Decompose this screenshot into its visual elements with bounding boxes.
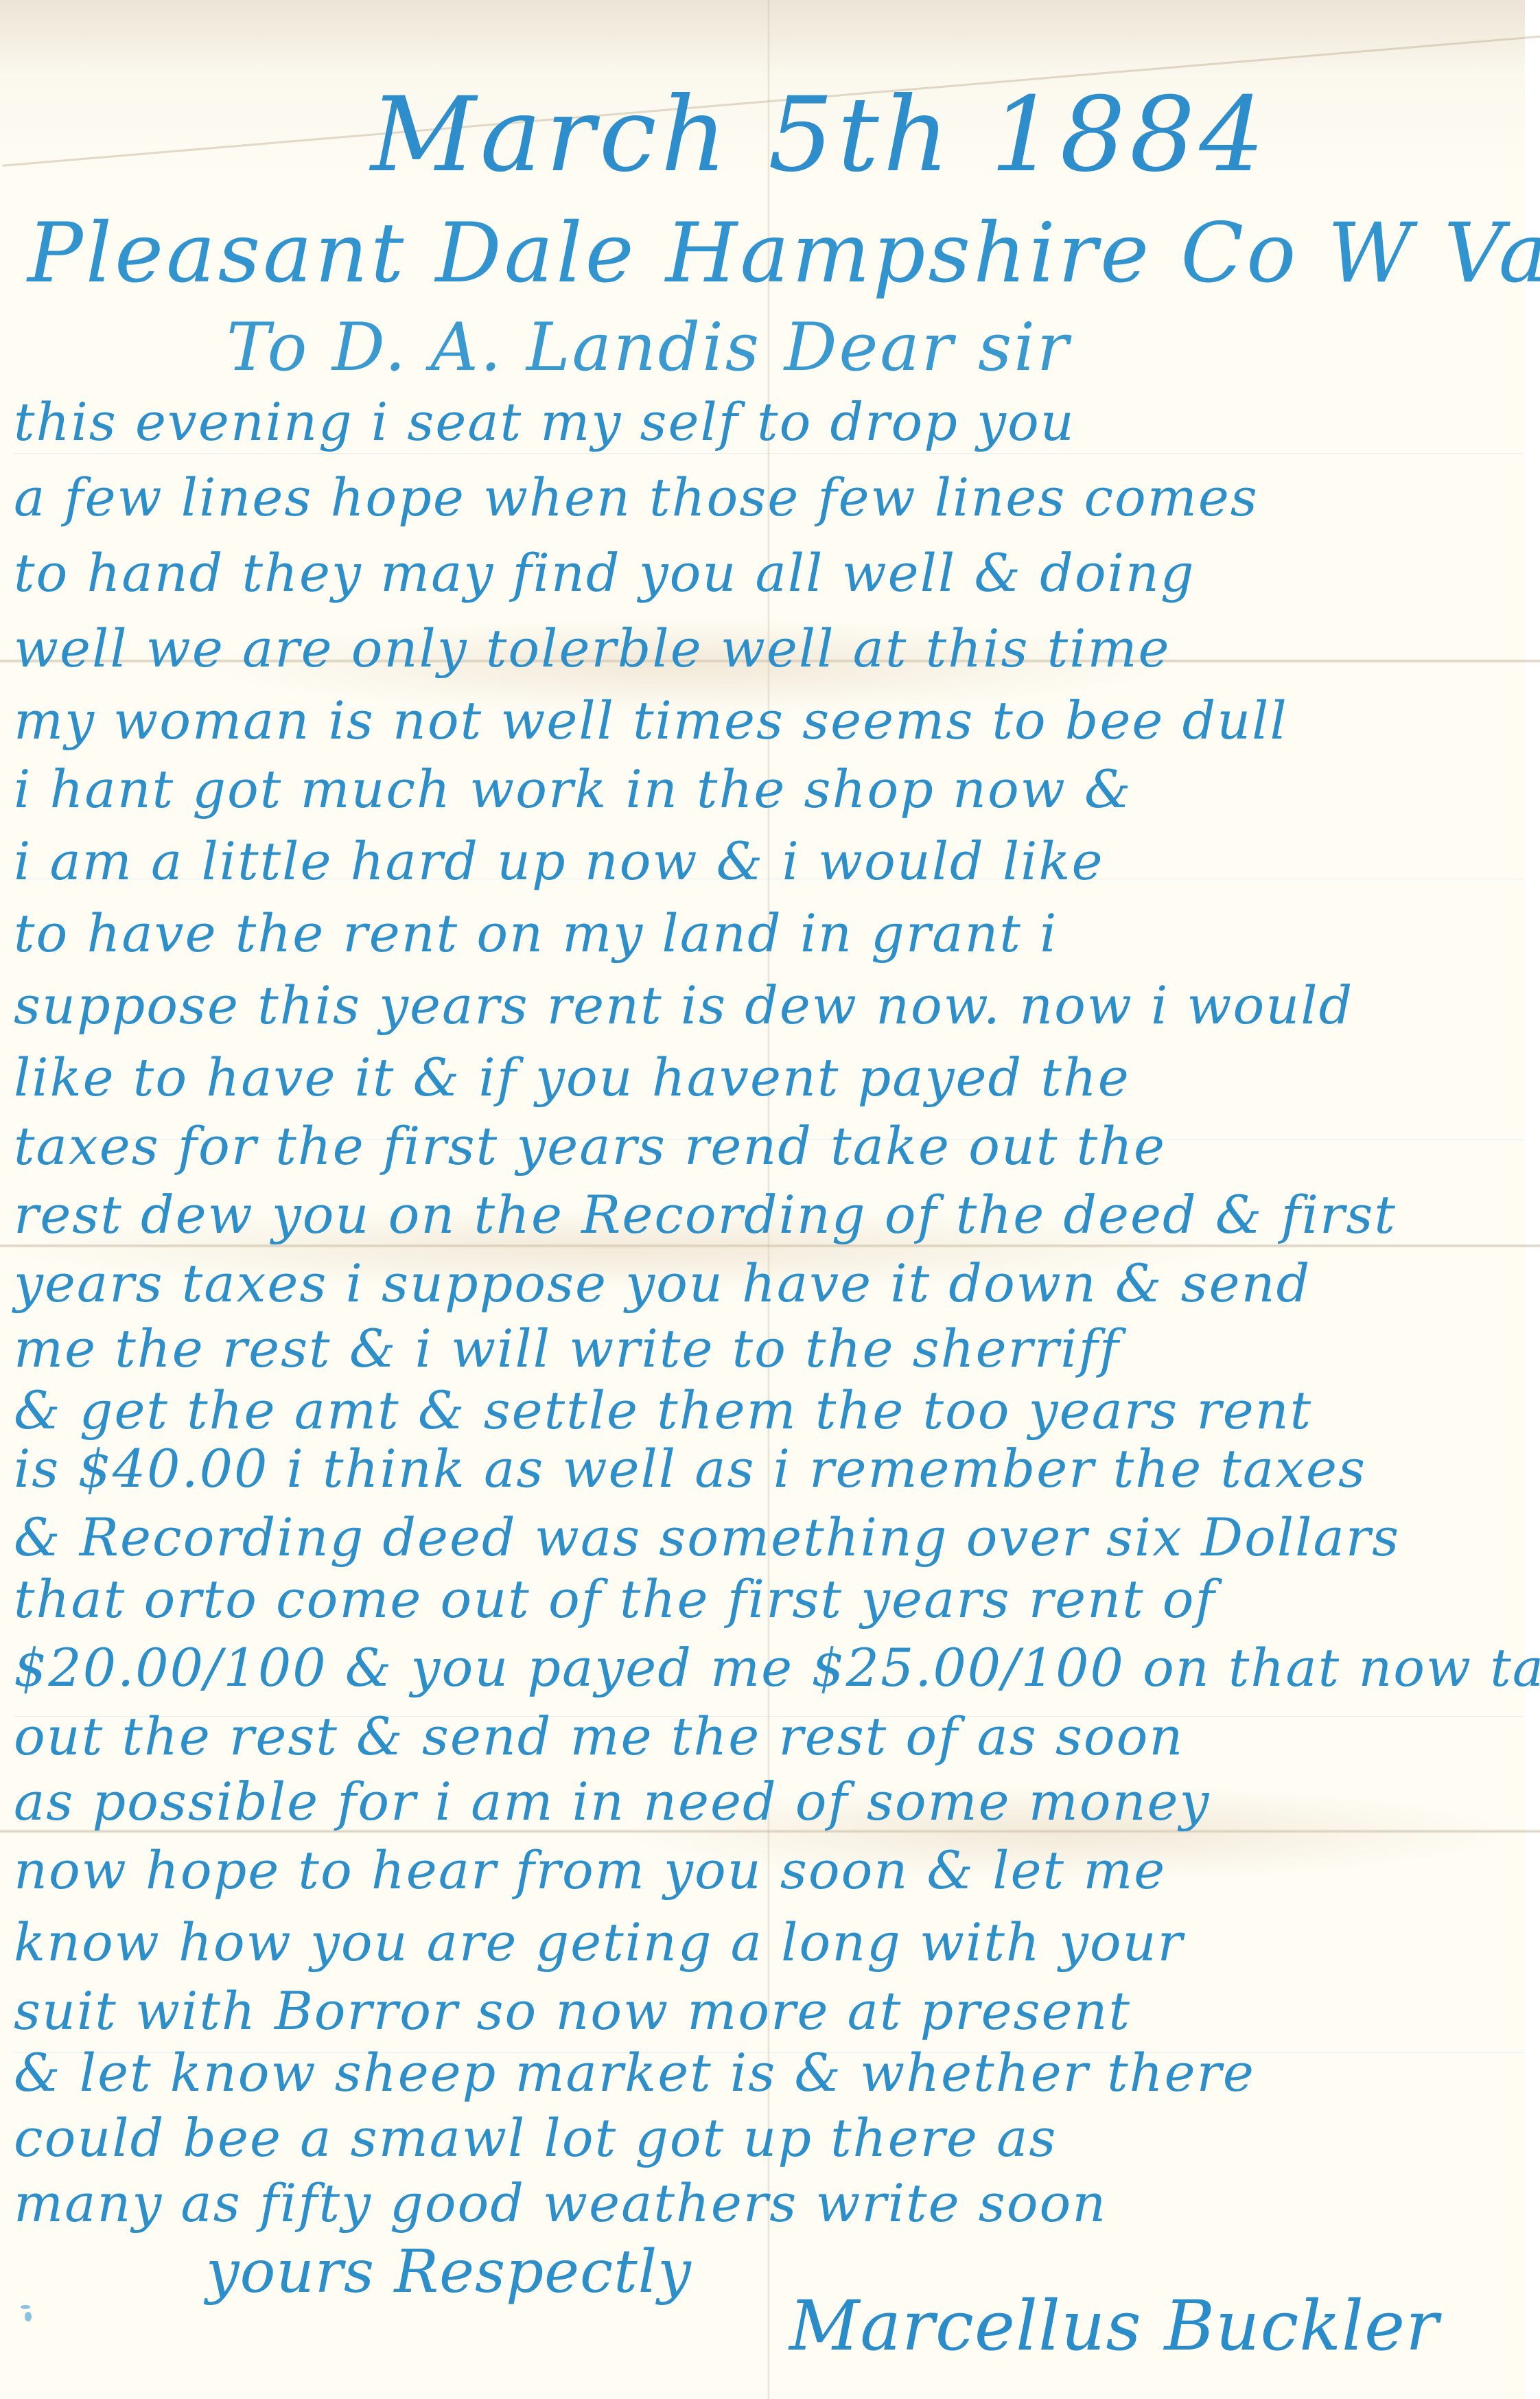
body-line: rest dew you on the Recording of the dee… — [14, 1184, 1397, 1245]
body-line: & get the amt & settle them the too year… — [14, 1380, 1312, 1441]
letter-salutation: To D. A. Landis Dear sir — [226, 309, 1071, 386]
body-line: suit with Borror so now more at present — [14, 1980, 1131, 2041]
body-line: like to have it & if you havent payed th… — [14, 1047, 1130, 1108]
ink-mark — [25, 2312, 32, 2321]
letter-place: Pleasant Dale Hampshire Co W Va — [27, 206, 1540, 301]
body-line: know how you are geting a long with your — [14, 1912, 1184, 1973]
letter-closing: yours Respectly — [206, 2238, 692, 2306]
body-line: as possible for i am in need of some mon… — [14, 1771, 1210, 1832]
body-line: well we are only tolerble well at this t… — [14, 618, 1171, 679]
letter-signature: Marcellus Buckler — [789, 2286, 1439, 2366]
body-line: years taxes i suppose you have it down &… — [14, 1253, 1311, 1314]
letter-date: March 5th 1884 — [371, 76, 1269, 195]
body-line: & Recording deed was something over six … — [14, 1507, 1400, 1568]
body-line: out the rest & send me the rest of as so… — [14, 1706, 1184, 1767]
body-line: to hand they may find you all well & doi… — [14, 542, 1195, 603]
body-line: is $40.00 i think as well as i remember … — [14, 1438, 1366, 1499]
body-line: i hant got much work in the shop now & — [14, 758, 1132, 820]
body-line: suppose this years rent is dew now. now … — [14, 975, 1353, 1036]
body-line: a few lines hope when those few lines co… — [14, 467, 1259, 528]
body-line: could bee a smawl lot got up there as — [14, 2107, 1057, 2168]
body-line: that orto come out of the first years re… — [14, 1568, 1216, 1630]
body-line: $20.00/100 & you payed me $25.00/100 on … — [14, 1637, 1540, 1698]
ink-mark — [21, 2305, 30, 2309]
body-line: this evening i seat my self to drop you — [14, 391, 1075, 452]
body-line: many as fifty good weathers write soon — [14, 2172, 1107, 2234]
body-line: me the rest & i will write to the sherri… — [14, 1318, 1120, 1379]
body-line: & let know sheep market is & whether the… — [14, 2042, 1255, 2103]
body-line: taxes for the first years rend take out … — [14, 1115, 1166, 1177]
ruled-line — [14, 453, 1524, 454]
body-line: i am a little hard up now & i would like — [14, 831, 1104, 892]
body-line: to have the rent on my land in grant i — [14, 903, 1058, 964]
body-line: my woman is not well times seems to bee … — [14, 690, 1288, 751]
paper-right-edge — [1525, 0, 1540, 2399]
body-line: now hope to hear from you soon & let me — [14, 1840, 1166, 1901]
